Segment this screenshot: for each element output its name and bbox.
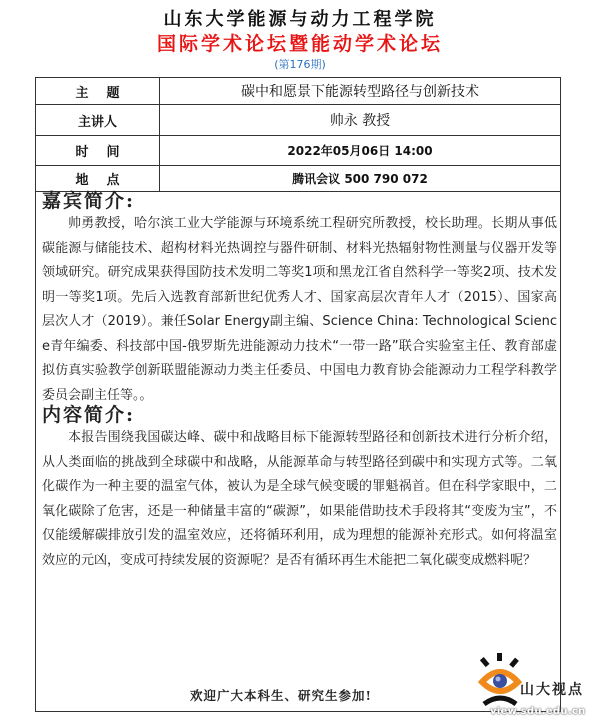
watermark-url: view.sdu.edu.cn	[490, 706, 586, 717]
time-value: 2022年05月06日 14:00	[160, 136, 561, 166]
topic-value: 碳中和愿景下能源转型路径与创新技术	[160, 78, 561, 105]
speaker-value: 帅永 教授	[160, 105, 561, 136]
info-row-topic: 主 题 碳中和愿景下能源转型路径与创新技术	[36, 78, 561, 105]
watermark-name: 山大视点	[520, 679, 584, 699]
info-row-venue: 地 点 腾讯会议 500 790 072	[36, 166, 561, 192]
eye-logo-icon	[478, 652, 522, 712]
venue-label: 地 点	[36, 166, 160, 192]
guest-intro-section: 嘉宾简介: 帅勇教授，哈尔滨工业大学能源与环境系统工程研究所教授，校长助理。长期…	[42, 190, 557, 408]
time-label: 时 间	[36, 136, 160, 166]
welcome-message: 欢迎广大本科生、研究生参加!	[190, 686, 372, 704]
forum-title: 国际学术论坛暨能动学术论坛	[0, 32, 600, 56]
school-title: 山东大学能源与动力工程学院	[0, 9, 600, 31]
issue-number: (第176期)	[0, 58, 600, 72]
speaker-label: 主讲人	[36, 105, 160, 136]
info-table: 主 题 碳中和愿景下能源转型路径与创新技术 主讲人 帅永 教授 时 间 2022…	[35, 77, 561, 192]
info-row-speaker: 主讲人 帅永 教授	[36, 105, 561, 136]
content-intro-heading: 内容简介:	[42, 404, 557, 426]
venue-value: 腾讯会议 500 790 072	[160, 166, 561, 192]
guest-intro-heading: 嘉宾简介:	[42, 190, 557, 212]
info-row-time: 时 间 2022年05月06日 14:00	[36, 136, 561, 166]
content-intro-text: 本报告围绕我国碳达峰、碳中和战略目标下能源转型路径和创新技术进行分析介绍，从人类…	[42, 426, 557, 573]
content-intro-section: 内容简介: 本报告围绕我国碳达峰、碳中和战略目标下能源转型路径和创新技术进行分析…	[42, 404, 557, 573]
topic-label: 主 题	[36, 78, 160, 105]
guest-intro-text: 帅勇教授，哈尔滨工业大学能源与环境系统工程研究所教授，校长助理。长期从事低碳能源…	[42, 212, 557, 408]
